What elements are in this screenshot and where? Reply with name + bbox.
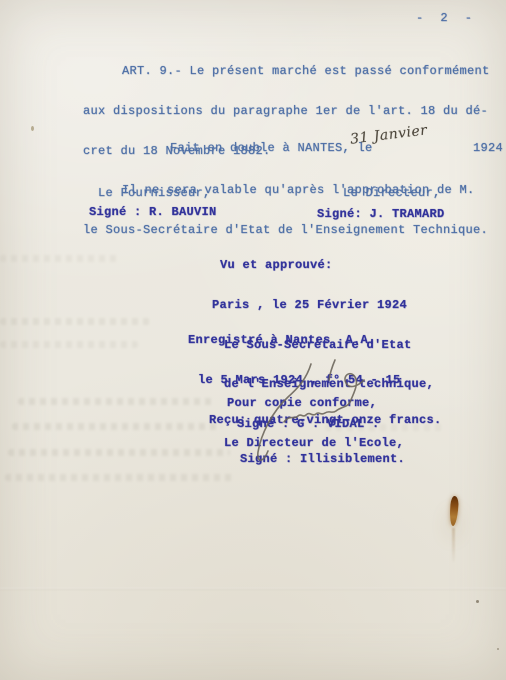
rust-streak: [452, 528, 455, 562]
article-line: ART. 9.- Le présent marché est passé con…: [83, 65, 490, 78]
signatory-right-signed: Signé: J. TRAMARD: [317, 208, 445, 221]
signatory-left-role: Le Fournisseur,: [98, 187, 211, 200]
article-line: aux dispositions du paragraphe 1er de l'…: [83, 105, 490, 118]
bleedthrough-text-line: [0, 318, 150, 325]
dateline-year: 1924: [473, 142, 503, 155]
rust-stain: [449, 496, 459, 526]
document-scan: - 2 - ART. 9.- Le présent marché est pas…: [0, 0, 506, 680]
signatory-left-signed: Signé : R. BAUVIN: [89, 206, 217, 219]
paper-speck: [497, 648, 499, 650]
approval-line: Vu et approuvé:: [212, 259, 434, 272]
bleedthrough-text-line: [0, 341, 138, 348]
paper-speck: [31, 126, 34, 131]
handwritten-signature-icon: [238, 356, 390, 480]
dateline-typed: Fait en double à NANTES, le: [170, 142, 373, 155]
signatory-right-role: Le Directeur,: [343, 187, 441, 200]
paper-fold-line: [0, 588, 506, 590]
registration-line: Enregistré à Nantes A.A.: [188, 334, 442, 347]
page-number: - 2 -: [416, 12, 477, 25]
paper-speck: [476, 600, 479, 603]
bleedthrough-text-line: [18, 398, 213, 405]
